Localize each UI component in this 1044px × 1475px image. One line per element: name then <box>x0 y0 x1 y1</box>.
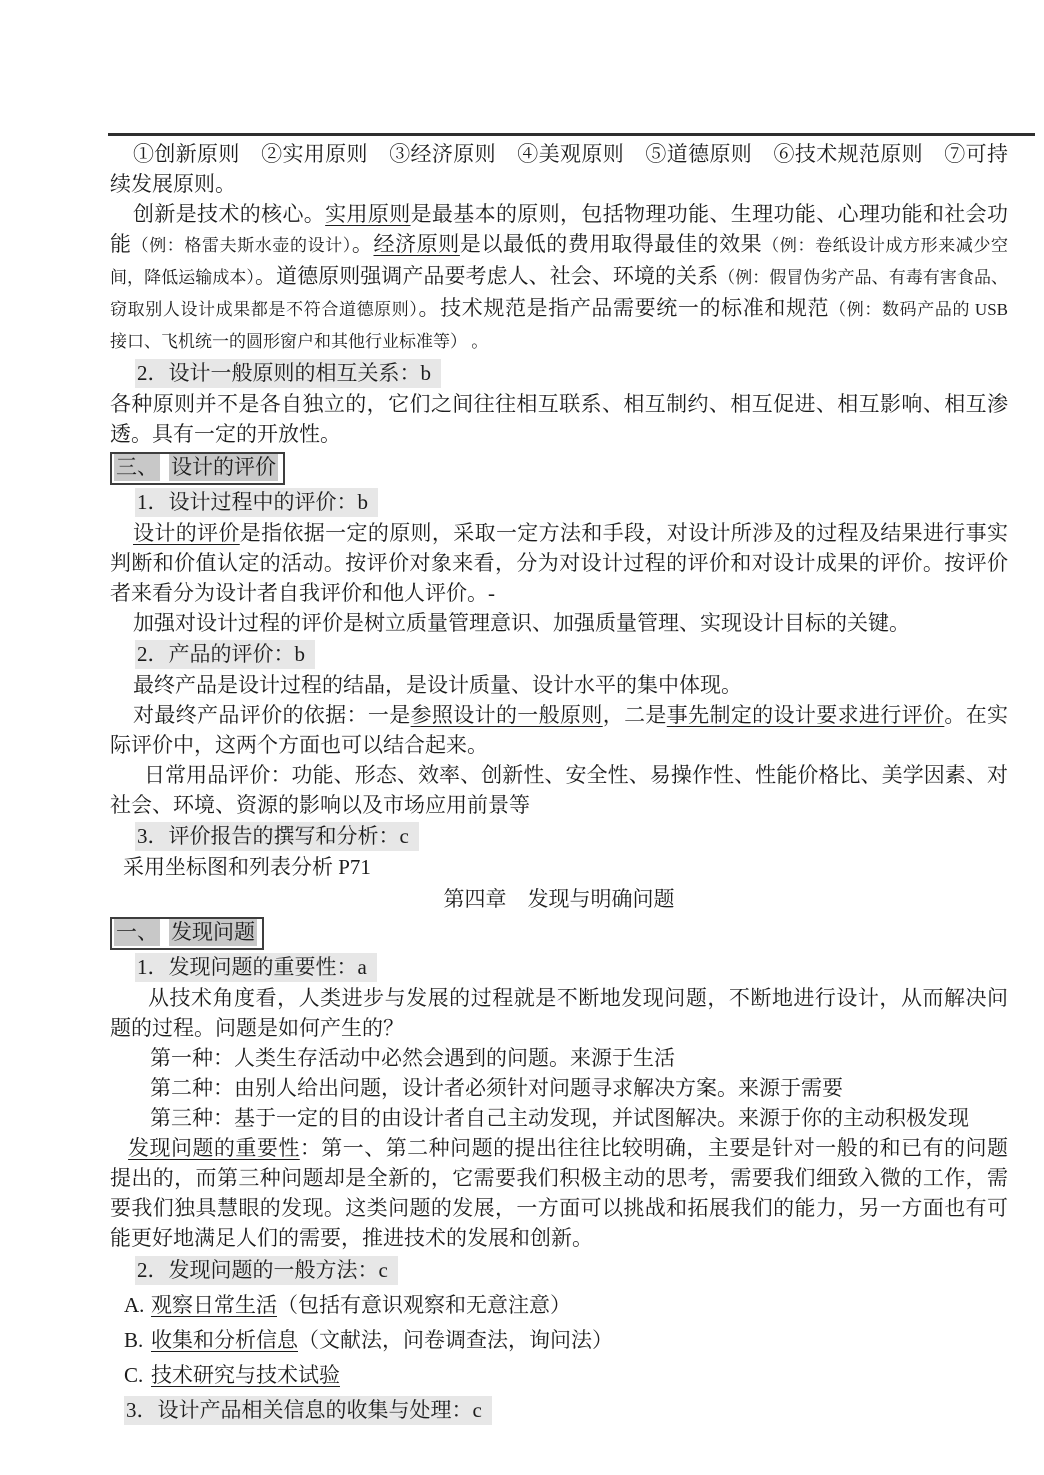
heading-product-evaluation: 2．产品的评价：b <box>110 639 1008 669</box>
header-divider-line <box>108 133 1035 136</box>
list-item-tech-research: C.技术研究与技术试验 <box>110 1360 1008 1390</box>
boxed-heading: 一、发现问题 <box>110 917 264 950</box>
underlined-method-collect: 收集和分析信息 <box>151 1328 298 1352</box>
paragraph-daily-product-evaluation: 日常用品评价：功能、形态、效率、创新性、安全性、易操作性、性能价格比、美学因素、… <box>110 760 1008 820</box>
paragraph-final-product: 最终产品是设计过程的结晶，是设计质量、设计水平的集中体现。 <box>110 670 1008 700</box>
chapter-title-text: 第四章 发现与明确问题 <box>444 887 675 911</box>
paragraph-core-principles: 创新是技术的核心。实用原则是最基本的原则，包括物理功能、生理功能、心理功能和社会… <box>110 199 1008 357</box>
text-run: 日常用品评价：功能、形态、效率、创新性、安全性、易操作性、性能价格比、美学因素、… <box>110 763 1008 817</box>
underlined-term-discover-importance: 发现问题的重要性 <box>128 1136 300 1160</box>
list-item-observe-life: A.观察日常生活（包括有意识观察和无意注意） <box>110 1290 1008 1320</box>
section-number: 一、 <box>114 919 160 946</box>
paragraph-evaluation-basis: 对最终产品评价的依据：一是参照设计的一般原则，二是事先制定的设计要求进行评价。在… <box>110 700 1008 760</box>
underlined-method-research: 技术研究与技术试验 <box>151 1363 340 1387</box>
section-heading-discover-problems: 一、发现问题 <box>110 917 1008 950</box>
text-run: 第二种：由别人给出问题，设计者必须针对问题寻求解决方案。来源于需要 <box>150 1076 843 1100</box>
text-run: 最终产品是设计过程的结晶，是设计质量、设计水平的集中体现。 <box>133 673 742 697</box>
paragraph-problem-kind-3: 第三种：基于一定的目的由设计者自己主动发现，并试图解决。来源于你的主动积极发现 <box>110 1103 1008 1133</box>
chapter-title: 第四章 发现与明确问题 <box>110 884 1008 914</box>
underlined-term-preset-requirements: 事先制定的设计要求进行评价 <box>667 703 945 727</box>
section-title: 发现问题 <box>169 919 257 946</box>
heading-problem-importance: 1．发现问题的重要性：a <box>110 952 1008 982</box>
section-heading-design-evaluation: 三、设计的评价 <box>110 452 1008 485</box>
heading-evaluation-report: 3．评价报告的撰写和分析：c <box>110 821 1008 851</box>
paragraph-evaluation-definition: 设计的评价是指依据一定的原则，采取一定方法和手段，对设计所涉及的过程及结果进行事… <box>110 518 1008 608</box>
underlined-term-practical-principle: 实用原则 <box>325 202 410 226</box>
section-title: 设计的评价 <box>169 454 278 481</box>
section-number: 三、 <box>114 454 160 481</box>
text-run: 。道德原则强调产品要考虑人、社会、环境的关系 <box>255 264 718 288</box>
text-run: 加强对设计过程的评价是树立质量管理意识、加强质量管理、实现设计目标的关键。 <box>133 611 910 635</box>
highlighted-heading-text: 1．发现问题的重要性：a <box>135 953 377 982</box>
highlighted-heading-text: 1．设计过程中的评价：b <box>135 488 378 517</box>
paragraph-discover-importance: 发现问题的重要性：第一、第二种问题的提出往往比较明确，主要是针对一般的和已有的问… <box>110 1133 1008 1253</box>
text-run: 。 <box>352 232 374 256</box>
text-run: 从技术角度看，人类进步与发展的过程就是不断地发现问题，不断地进行设计，从而解决问… <box>110 986 1008 1040</box>
list-item-label: A. <box>124 1290 151 1320</box>
underlined-method-observe: 观察日常生活 <box>151 1293 277 1317</box>
text-run: 创新是技术的核心。 <box>133 202 325 226</box>
highlighted-heading-text: 3．评价报告的撰写和分析：c <box>135 822 419 851</box>
text-run: （文献法，问卷调查法，询问法） <box>298 1328 613 1352</box>
text-run: 第三种：基于一定的目的由设计者自己主动发现，并试图解决。来源于你的主动积极发现 <box>150 1106 969 1130</box>
list-item-label: B. <box>124 1325 151 1355</box>
text-run: 是指依据一定的原则，采取一定方法和手段，对设计所涉及的过程及结果进行事实判断和价… <box>110 521 1008 605</box>
underlined-term-general-principles: 参照设计的一般原则 <box>411 703 603 727</box>
highlighted-heading-text: 2．设计一般原则的相互关系：b <box>135 359 441 388</box>
text-run: ，二是 <box>603 703 667 727</box>
text-run: 采用坐标图和列表分析 P71 <box>123 855 371 879</box>
underlined-term-economic-principle: 经济原则 <box>374 232 460 256</box>
paragraph-principles-relation: 各种原则并不是各自独立的，它们之间往往相互联系、相互制约、相互促进、相互影响、相… <box>110 389 1008 449</box>
text-run: 对最终产品评价的依据：一是 <box>133 703 411 727</box>
boxed-heading: 三、设计的评价 <box>110 452 285 485</box>
heading-process-evaluation: 1．设计过程中的评价：b <box>110 487 1008 517</box>
text-run: （包括有意识观察和无意注意） <box>277 1293 571 1317</box>
paragraph-technical-view: 从技术角度看，人类进步与发展的过程就是不断地发现问题，不断地进行设计，从而解决问… <box>110 983 1008 1043</box>
document-content: ①创新原则 ②实用原则 ③经济原则 ④美观原则 ⑤道德原则 ⑥技术规范原则 ⑦可… <box>110 139 1008 1426</box>
text-run: 各种原则并不是各自独立的，它们之间往往相互联系、相互制约、相互促进、相互影响、相… <box>110 392 1008 446</box>
example-note: （例：格雷夫斯水壶的设计） <box>132 236 352 255</box>
list-item-label: C. <box>124 1360 151 1390</box>
list-item-collect-info: B.收集和分析信息（文献法，问卷调查法，询问法） <box>110 1325 1008 1355</box>
highlighted-heading-text: 2．产品的评价：b <box>135 640 315 669</box>
text-run: 是以最低的费用取得最佳的效果 <box>460 232 762 256</box>
paragraph-problem-kind-2: 第二种：由别人给出问题，设计者必须针对问题寻求解决方案。来源于需要 <box>110 1073 1008 1103</box>
paragraph-principles-list: ①创新原则 ②实用原则 ③经济原则 ④美观原则 ⑤道德原则 ⑥技术规范原则 ⑦可… <box>110 139 1008 199</box>
paragraph-chart-analysis-p71: 采用坐标图和列表分析 P71 <box>110 852 1008 882</box>
highlighted-heading-text: 2．发现问题的一般方法：c <box>135 1256 398 1285</box>
heading-info-collection: 3．设计产品相关信息的收集与处理：c <box>110 1395 1008 1425</box>
highlighted-heading-text: 3．设计产品相关信息的收集与处理：c <box>124 1396 492 1425</box>
document-page: ①创新原则 ②实用原则 ③经济原则 ④美观原则 ⑤道德原则 ⑥技术规范原则 ⑦可… <box>0 0 1044 1475</box>
text-run: 第一种：人类生存活动中必然会遇到的问题。来源于生活 <box>150 1046 675 1070</box>
paragraph-strengthen-evaluation: 加强对设计过程的评价是树立质量管理意识、加强质量管理、实现设计目标的关键。 <box>110 608 1008 638</box>
text-run: ①创新原则 ②实用原则 ③经济原则 ④美观原则 ⑤道德原则 ⑥技术规范原则 ⑦可… <box>110 142 1008 196</box>
text-run: 。技术规范是指产品需要统一的标准和规范 <box>419 296 830 320</box>
heading-principles-relation: 2．设计一般原则的相互关系：b <box>110 358 1008 388</box>
paragraph-problem-kind-1: 第一种：人类生存活动中必然会遇到的问题。来源于生活 <box>110 1043 1008 1073</box>
underlined-term-design-evaluation: 设计的评价 <box>133 521 240 545</box>
heading-discovery-methods: 2．发现问题的一般方法：c <box>110 1255 1008 1285</box>
